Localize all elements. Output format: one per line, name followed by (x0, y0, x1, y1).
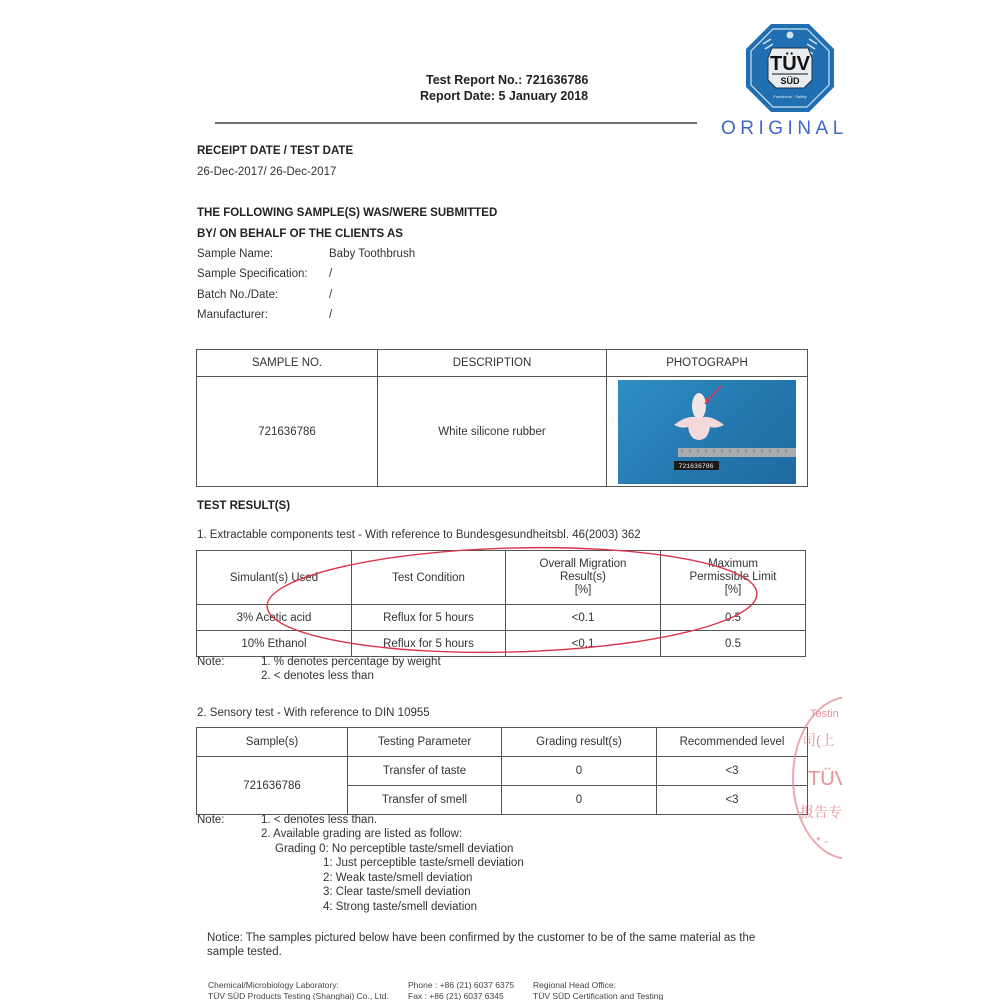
notice-line-2: sample tested. (207, 946, 282, 958)
test-results-heading: TEST RESULT(S) (197, 500, 290, 512)
field-batch-date: Batch No./Date:/ (197, 289, 278, 301)
highlight-ellipse-icon (250, 540, 770, 660)
report-date: Report Date: 5 January 2018 (420, 88, 588, 104)
original-stamp: ORIGINAL (721, 118, 848, 140)
field-sample-specification: Sample Specification:/ (197, 268, 308, 280)
col-grading-result: Grading result(s) (502, 728, 657, 757)
sensory-table: Sample(s) Testing Parameter Grading resu… (196, 727, 808, 815)
sensory-sample-cell: 721636786 (197, 757, 348, 815)
receipt-dates: 26-Dec-2017/ 26-Dec-2017 (197, 166, 336, 178)
grading-1: 1: Just perceptible taste/smell deviatio… (323, 857, 524, 869)
col-photograph: PHOTOGRAPH (607, 350, 808, 377)
grading-0: Grading 0: No perceptible taste/smell de… (275, 843, 513, 855)
receipt-heading: RECEIPT DATE / TEST DATE (197, 145, 353, 157)
col-testing-parameter: Testing Parameter (348, 728, 502, 757)
table-row: 721636786 Transfer of taste 0 <3 (197, 757, 808, 786)
sample-photo: 721636786 (618, 380, 796, 484)
report-header: Test Report No.: 721636786 Report Date: … (420, 72, 588, 104)
svg-text:721636786: 721636786 (678, 463, 713, 470)
submission-heading-2: BY/ ON BEHALF OF THE CLIENTS AS (197, 228, 403, 240)
notice-line-1: Notice: The samples pictured below have … (207, 932, 755, 944)
test1-note-2: 2. < denotes less than (261, 670, 374, 682)
sample-no-cell: 721636786 (197, 377, 378, 487)
test2-note-1: 1. < denotes less than. (261, 814, 377, 826)
col-sample-no: SAMPLE NO. (197, 350, 378, 377)
description-cell: White silicone rubber (378, 377, 607, 487)
submission-heading-1: THE FOLLOWING SAMPLE(S) WAS/WERE SUBMITT… (197, 207, 497, 219)
field-sample-name: Sample Name:Baby Toothbrush (197, 248, 273, 260)
svg-text:SÜD: SÜD (780, 76, 800, 86)
seal-mask (842, 680, 1000, 880)
test1-note-1: 1. % denotes percentage by weight (261, 656, 441, 668)
col-description: DESCRIPTION (378, 350, 607, 377)
test2-note-label: Note: (197, 814, 225, 826)
sample-table: SAMPLE NO. DESCRIPTION PHOTOGRAPH 721636… (196, 349, 808, 487)
col-samples: Sample(s) (197, 728, 348, 757)
grading-4: 4: Strong taste/smell deviation (323, 901, 477, 913)
svg-text:TÜV: TÜV (770, 52, 811, 75)
grading-3: 3: Clear taste/smell deviation (323, 886, 471, 898)
test1-note-label: Note: (197, 656, 225, 668)
footer-contact: Phone : +86 (21) 6037 6375 Fax : +86 (21… (408, 980, 514, 1000)
report-number: Test Report No.: 721636786 (420, 72, 588, 88)
col-recommended-level: Recommended level (657, 728, 808, 757)
footer-lab: Chemical/Microbiology Laboratory: TÜV SÜ… (208, 980, 389, 1000)
test2-title: 2. Sensory test - With reference to DIN … (197, 707, 430, 719)
grading-2: 2: Weak taste/smell deviation (323, 872, 472, 884)
test2-note-2: 2. Available grading are listed as follo… (261, 828, 462, 840)
field-manufacturer: Manufacturer:/ (197, 309, 268, 321)
svg-text:Functional · Safety: Functional · Safety (773, 94, 806, 99)
toothbrush-photo-icon: 721636786 (618, 380, 796, 484)
tuv-sud-logo-icon: TÜV SÜD Functional · Safety (744, 22, 836, 114)
photograph-cell: 721636786 (607, 377, 808, 487)
header-divider (215, 122, 697, 124)
footer-office: Regional Head Office: TÜV SÜD Certificat… (533, 980, 663, 1000)
